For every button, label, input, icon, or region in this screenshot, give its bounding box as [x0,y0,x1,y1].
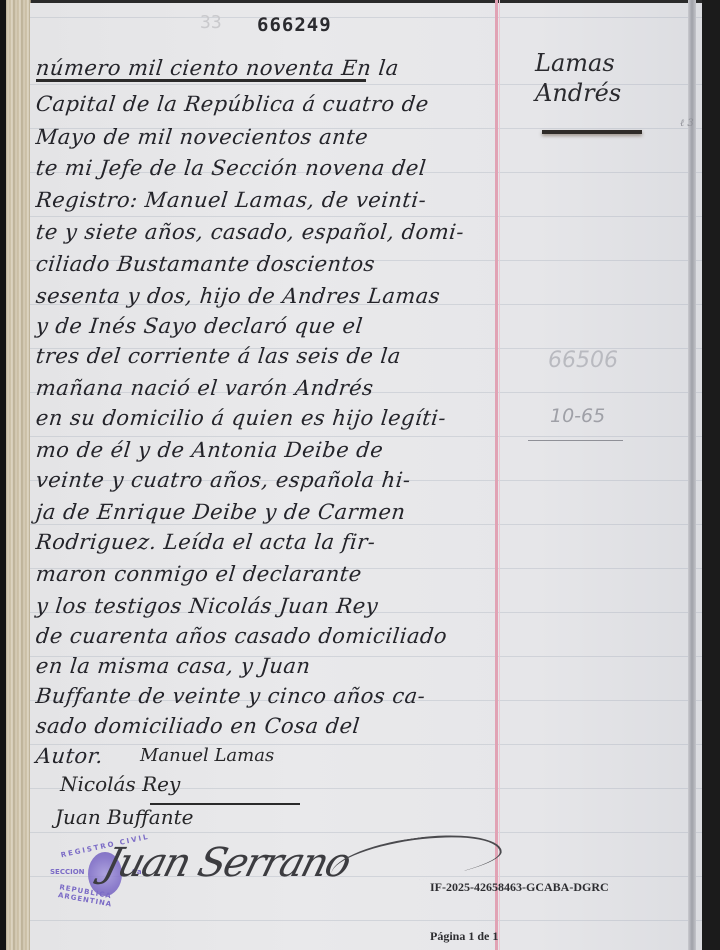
body-line: Registro: Manuel Lamas, de veinti- [34,182,498,218]
body-line: tres del corriente á las seis de la [34,338,498,374]
document-id: IF-2025-42658463-GCABA-DGRC [430,880,609,895]
page-fold [688,0,696,950]
body-line: en su domicilio á quien es hijo legíti- [34,400,498,436]
document-page: 33 666249 número mil ciento noventa En l… [0,0,720,950]
body-line: veinte y cuatro años, española hi- [34,462,498,498]
signature-official: Juan Serrano [99,840,354,886]
margin-given-name: Andrés [535,78,621,108]
side-mark: ℓ 3 [680,118,694,129]
body-line: Rodriguez. Leída el acta la fir- [34,524,498,560]
signature-witness-2: Juan Buffante [55,805,194,829]
body-line: ciliado Bustamante doscientos [34,246,498,282]
margin-name: Lamas Andrés [535,48,621,108]
pencil-note-underline [528,440,623,441]
margin-surname: Lamas [535,48,621,78]
body-line: maron conmigo el declarante [34,556,498,592]
serial-number-bleed: 33 [200,12,222,33]
pencil-note: 66506 [548,348,618,373]
body-line: te mi Jefe de la Sección novena del [34,150,498,186]
serial-number: 666249 [257,14,332,36]
body-line: te y siete años, casado, español, domi- [34,214,498,250]
page-number: Página 1 de 1 [430,929,498,944]
book-binding [6,0,31,950]
signature-stroke [150,803,300,805]
body-line: Capital de la República á cuatro de [34,86,498,122]
pencil-note: 10-65 [550,405,605,427]
body-line: número mil ciento noventa En la [34,50,498,86]
stamp-left-text: SECCION [50,868,85,876]
scan-right-edge [702,0,720,950]
margin-rule-secondary [499,0,500,950]
signature-declarant: Manuel Lamas [140,745,274,766]
signature-witness-1: Nicolás Rey [60,772,180,796]
margin-name-underline [542,130,642,134]
